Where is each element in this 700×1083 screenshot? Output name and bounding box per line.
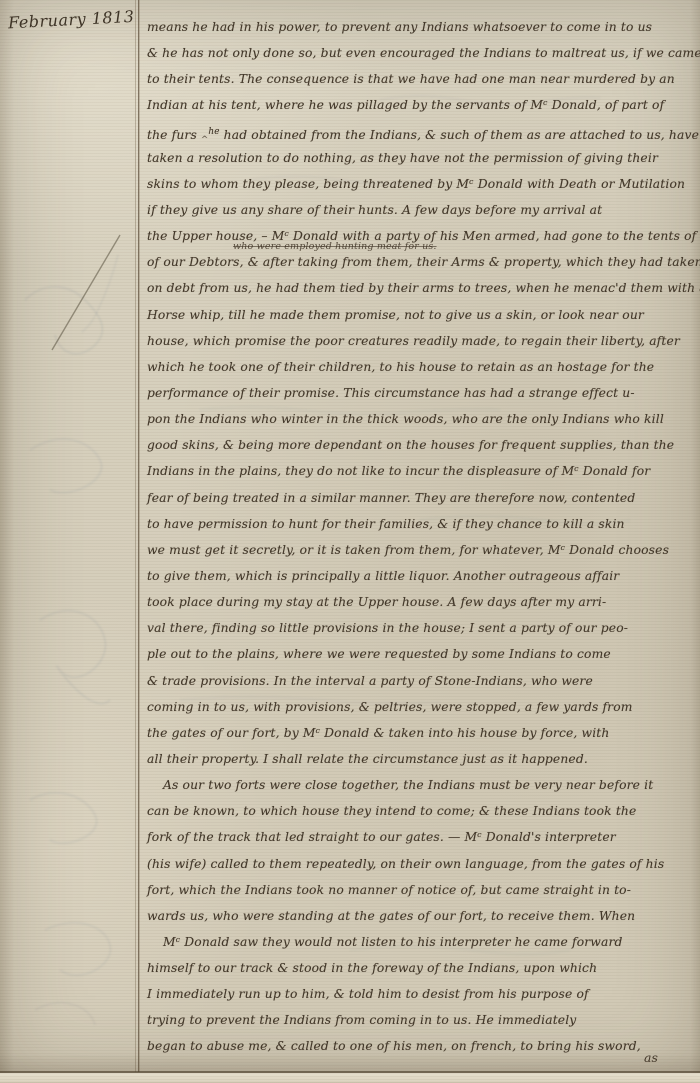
manuscript-line: I immediately run up to him, & told him … xyxy=(147,981,692,1007)
manuscript-line: val there, finding so little provisions … xyxy=(147,615,692,641)
manuscript-line: if they give us any share of their hunts… xyxy=(147,197,692,223)
manuscript-line: (his wife) called to them repeatedly, on… xyxy=(147,851,692,877)
page-bottom-shadow xyxy=(0,1054,700,1071)
manuscript-line: can be known, to which house they intend… xyxy=(147,798,692,824)
manuscript-line: fork of the track that led straight to o… xyxy=(147,824,692,850)
manuscript-line: to have permission to hunt for their fam… xyxy=(147,511,692,537)
manuscript-line: ple out to the plains, where we were req… xyxy=(147,641,692,667)
manuscript-line: As our two forts were close together, th… xyxy=(147,772,692,798)
manuscript-line: house, which promise the poor creatures … xyxy=(147,328,692,354)
manuscript-line: Horse whip, till he made them promise, n… xyxy=(147,302,692,328)
manuscript-line: good skins, & being more dependant on th… xyxy=(147,432,692,458)
manuscript-line: on debt from us, he had them tied by the… xyxy=(147,275,692,301)
manuscript-line: which he took one of their children, to … xyxy=(147,354,692,380)
manuscript-line: the furs ^he had obtained from the India… xyxy=(147,119,692,145)
manuscript-line: all their property. I shall relate the c… xyxy=(147,746,692,772)
manuscript-line: means he had in his power, to prevent an… xyxy=(147,14,692,40)
manuscript-text: means he had in his power, to prevent an… xyxy=(147,14,692,1060)
manuscript-line: we must get it secretly, or it is taken … xyxy=(147,537,692,563)
manuscript-line: & trade provisions. In the interval a pa… xyxy=(147,668,692,694)
manuscript-line: & he has not only done so, but even enco… xyxy=(147,40,692,66)
manuscript-line: fort, which the Indians took no manner o… xyxy=(147,877,692,903)
manuscript-line: pon the Indians who winter in the thick … xyxy=(147,406,692,432)
margin-date: February 1813 xyxy=(8,7,139,33)
manuscript-line: took place during my stay at the Upper h… xyxy=(147,589,692,615)
margin-rule-line xyxy=(135,0,140,1072)
manuscript-page: February 1813 means he had in his power,… xyxy=(0,0,700,1083)
manuscript-line: skins to whom they please, being threate… xyxy=(147,171,692,197)
manuscript-line: coming in to us, with provisions, & pelt… xyxy=(147,694,692,720)
manuscript-line: to give them, which is principally a lit… xyxy=(147,563,692,589)
manuscript-line: fear of being treated in a similar manne… xyxy=(147,485,692,511)
superscript-insertion: he xyxy=(208,127,219,137)
next-page-edge-strip xyxy=(0,1073,700,1083)
manuscript-line: himself to our track & stood in the fore… xyxy=(147,955,692,981)
manuscript-line: taken a resolution to do nothing, as the… xyxy=(147,145,692,171)
manuscript-line: Indians in the plains, they do not like … xyxy=(147,458,692,484)
manuscript-line: the gates of our fort, by Mᶜ Donald & ta… xyxy=(147,720,692,746)
manuscript-line: to their tents. The consequence is that … xyxy=(147,66,692,92)
manuscript-line: Mᶜ Donald saw they would not listen to h… xyxy=(147,929,692,955)
manuscript-line: trying to prevent the Indians from comin… xyxy=(147,1007,692,1033)
manuscript-line: of our Debtors, & after taking from them… xyxy=(147,249,692,275)
manuscript-line: performance of their promise. This circu… xyxy=(147,380,692,406)
manuscript-line: Indian at his tent, where he was pillage… xyxy=(147,92,692,118)
manuscript-line: wards us, who were standing at the gates… xyxy=(147,903,692,929)
